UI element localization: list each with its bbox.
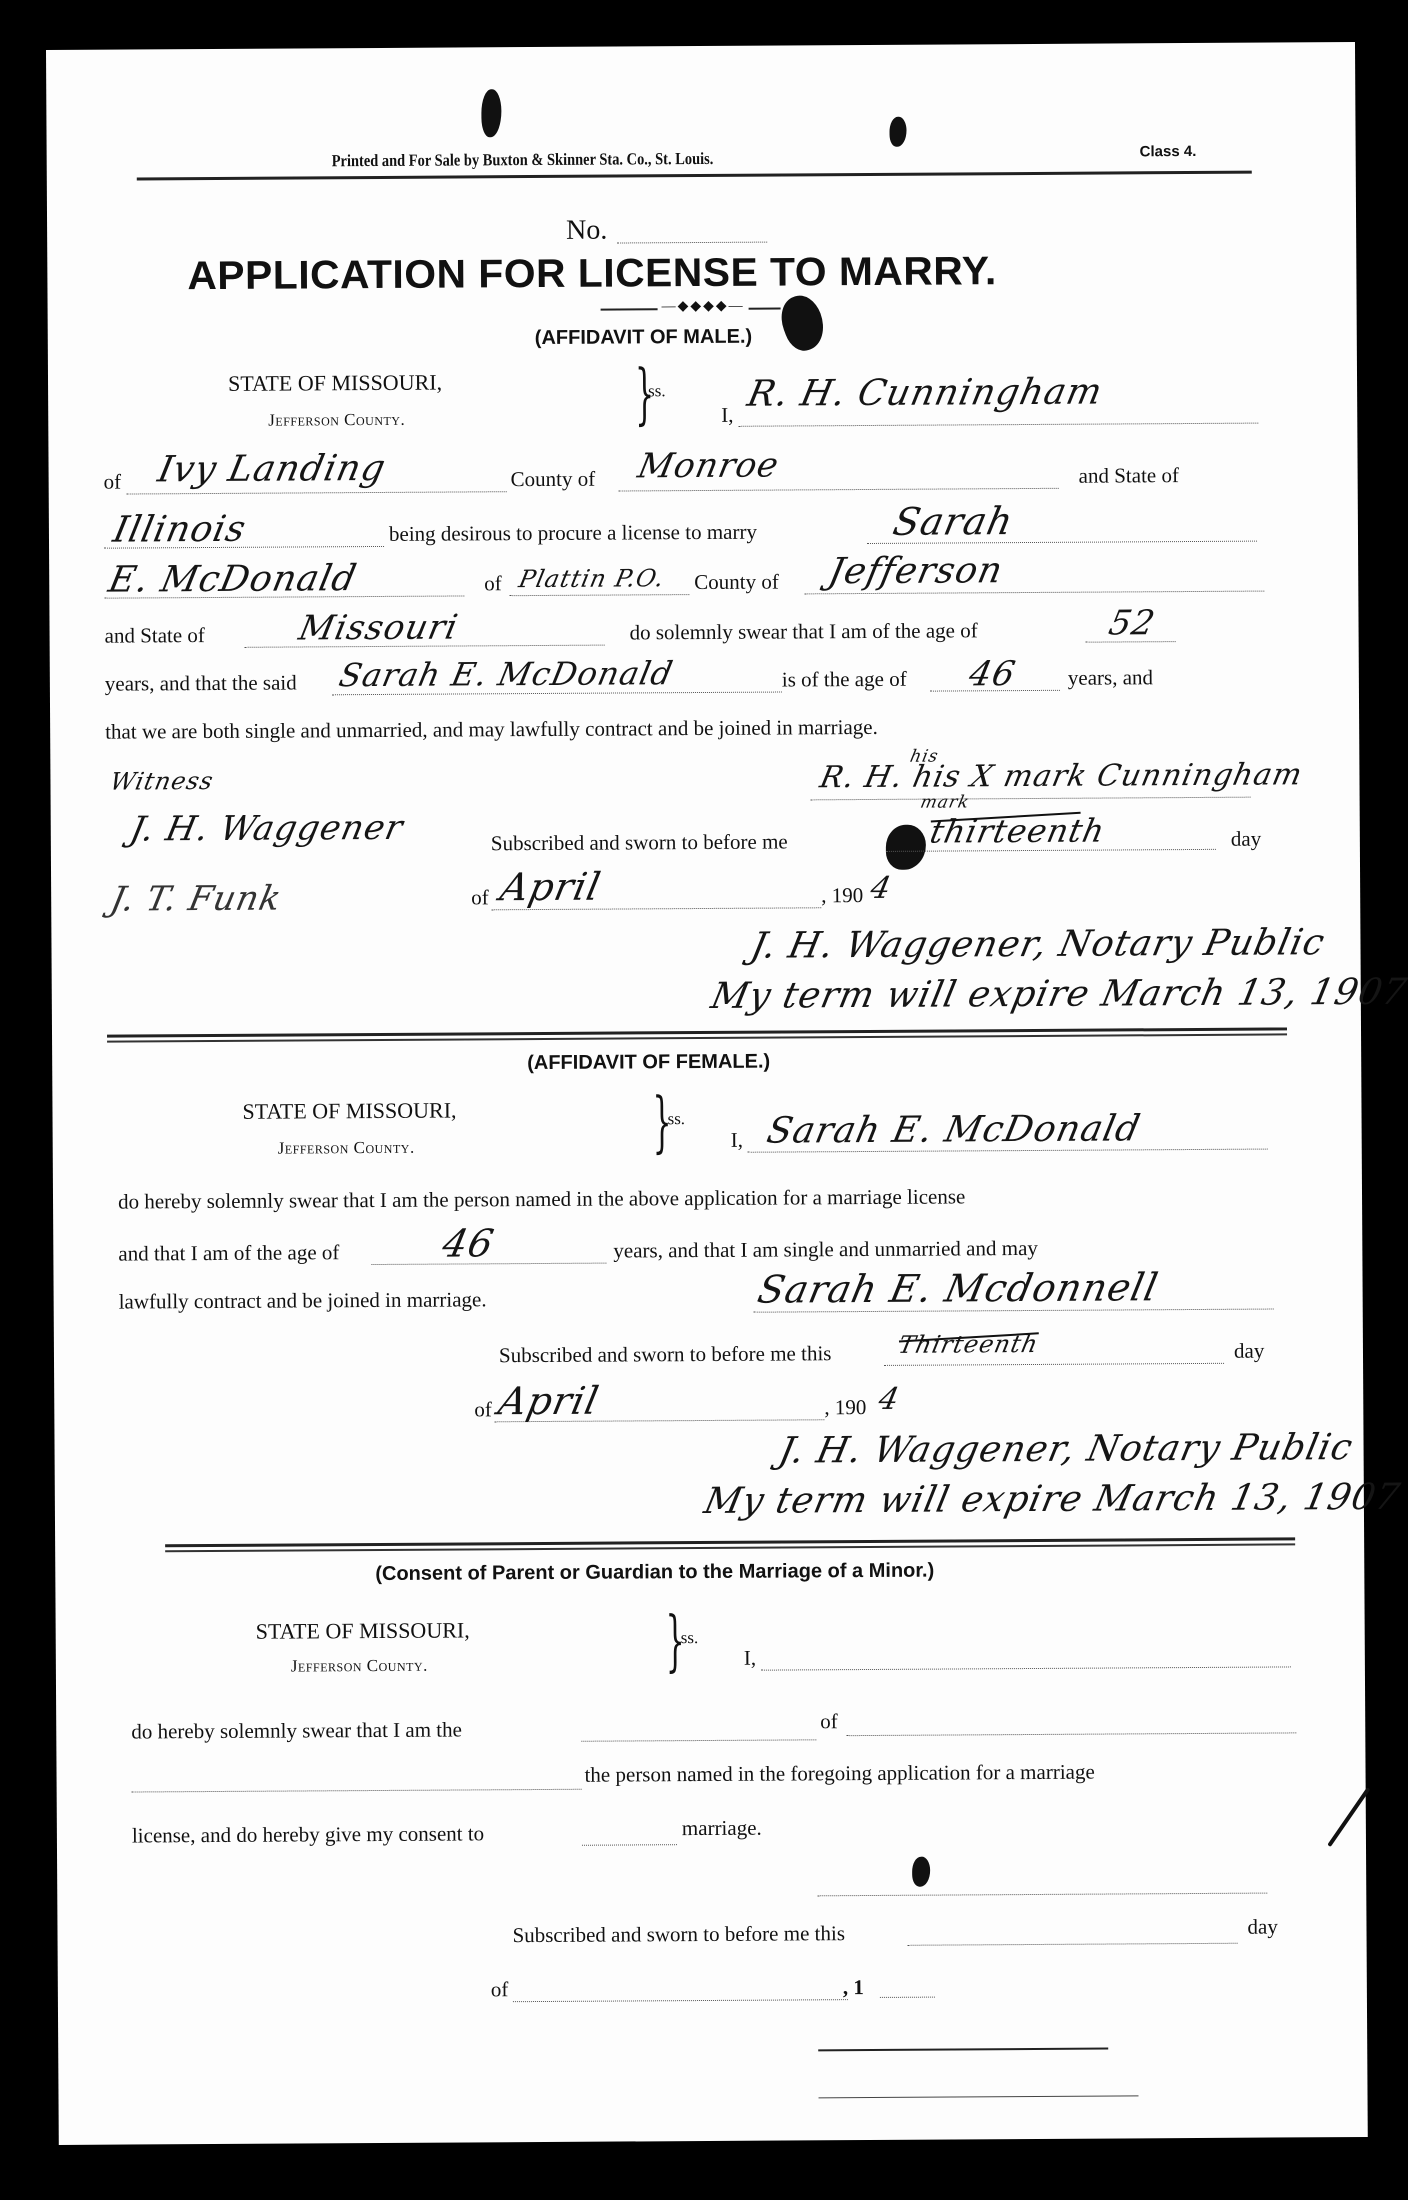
marriage-text: marriage. — [682, 1816, 762, 1841]
swear-text: do hereby solemnly swear that I am the — [131, 1717, 462, 1744]
bride-town-field[interactable] — [509, 594, 689, 596]
minor-field[interactable] — [846, 1732, 1296, 1736]
residence-town-value: Ivy Landing — [154, 448, 389, 490]
signature-mark-his: his — [908, 747, 940, 767]
male-affidavit-heading: (AFFIDAVIT OF MALE.) — [535, 326, 753, 350]
swear-age-text: do solemnly swear that I am of the age o… — [629, 618, 977, 645]
and-state-of-label-2: and State of — [105, 623, 205, 649]
bride-state-value: Missouri — [295, 607, 461, 648]
month-value: April — [497, 865, 605, 910]
day-field[interactable] — [908, 1943, 1238, 1946]
i-label: I, — [731, 1128, 743, 1153]
applicant-signature: Sarah E. Mcdonnell — [754, 1265, 1162, 1311]
header-rule — [137, 171, 1252, 181]
ink-blot — [912, 1857, 930, 1887]
ss-label: ss. — [648, 381, 666, 401]
ss-label: ss. — [681, 1628, 699, 1648]
parent-signature-field[interactable] — [817, 1893, 1267, 1897]
witness-label: Witness — [108, 767, 217, 796]
is-of-age-text: is of the age of — [782, 667, 907, 693]
bride-rest-value: E. McDonald — [105, 558, 360, 601]
relation-field[interactable] — [581, 1739, 816, 1741]
county-label: Jefferson County. — [268, 410, 405, 431]
ink-stroke — [1327, 1787, 1370, 1847]
years-and-text: years, and — [1068, 665, 1153, 691]
number-label: No. — [566, 215, 607, 247]
subscribed-text: Subscribed and sworn to before me this — [512, 1921, 845, 1948]
license-text: license, and do hereby give my consent t… — [132, 1821, 484, 1848]
notary-signature: J. H. Waggener, Notary Public — [747, 922, 1328, 967]
consent-name-field[interactable] — [761, 1666, 1291, 1670]
swear-text: do hereby solemnly swear that I am the p… — [118, 1184, 965, 1214]
bride-first-value: Sarah — [889, 499, 1017, 544]
subscribed-text: Subscribed and sworn to before me — [491, 829, 788, 856]
ink-blot — [774, 290, 831, 355]
of-month-label: of — [491, 1977, 509, 2002]
witness-2: J. T. Funk — [107, 879, 285, 920]
year-prefix: , 190 — [821, 883, 863, 908]
residence-county-field[interactable] — [619, 488, 1059, 492]
year-field[interactable] — [880, 1997, 935, 1998]
witness-1: J. H. Waggener — [127, 808, 407, 850]
residence-county-value: Monroe — [634, 446, 782, 487]
year-suffix: 4 — [876, 1382, 903, 1417]
state-label: STATE OF MISSOURI, — [242, 1098, 456, 1125]
license-application-page: Printed and For Sale by Buxton & Skinner… — [46, 42, 1368, 2145]
of-label: of — [820, 1709, 838, 1734]
signature-mark-mark: mark — [919, 792, 972, 812]
notary-term: My term will expire March 13, 1907 — [701, 1477, 1404, 1522]
ss-label: ss. — [667, 1109, 685, 1129]
and-state-of-label: and State of — [1079, 463, 1179, 489]
year-prefix: , 190 — [824, 1395, 866, 1420]
day-label: day — [1234, 1339, 1264, 1364]
subscribed-text: Subscribed and sworn to before me this — [499, 1341, 832, 1368]
ink-blot — [481, 89, 501, 137]
section-divider — [165, 1537, 1295, 1552]
state-label: STATE OF MISSOURI, — [228, 370, 442, 397]
female-affidavit-heading: (AFFIDAVIT OF FEMALE.) — [527, 1051, 770, 1075]
bride-age-value: 46 — [966, 654, 1020, 694]
of-label: of — [104, 470, 122, 495]
county-of-label-2: County of — [694, 570, 779, 596]
year-suffix: 4 — [868, 871, 895, 906]
bride-county-value: Jefferson — [825, 550, 1007, 592]
pronoun-field[interactable] — [582, 1844, 677, 1846]
year-prefix: , 1 — [843, 1975, 864, 2000]
of-month-label: of — [471, 885, 489, 910]
age-suffix: years, and that I am single and unmarrie… — [613, 1236, 1038, 1264]
applicant-signature: R. H. his X mark Cunningham — [817, 757, 1306, 795]
applicant-name-value: Sarah E. McDonald — [763, 1108, 1144, 1151]
county-label: Jefferson County. — [278, 1138, 415, 1159]
applicant-name-value: R. H. Cunningham — [744, 372, 1106, 415]
i-label: I, — [744, 1646, 756, 1671]
desirous-text: being desirous to procure a license to m… — [389, 520, 757, 547]
age-value: 46 — [439, 1221, 498, 1265]
county-of-label: County of — [511, 467, 596, 493]
notary-term: My term will expire March 13, 1907 — [708, 972, 1408, 1017]
minor-name-field[interactable] — [132, 1789, 582, 1793]
signature-line[interactable] — [818, 2048, 1108, 2052]
section-divider — [107, 1027, 1287, 1042]
class-label: Class 4. — [1140, 143, 1197, 160]
ink-blot — [886, 825, 926, 870]
bride-town-value: Plattin P.O. — [516, 564, 667, 593]
age-prefix: and that I am of the age of — [118, 1240, 339, 1266]
county-label: Jefferson County. — [291, 1656, 428, 1677]
of-month-label: of — [474, 1397, 492, 1422]
month-value: April — [495, 1379, 603, 1424]
ornament-diamonds: —◆◆◆◆— — [658, 298, 749, 316]
day-label: day — [1231, 827, 1261, 852]
lawfully-text: lawfully contract and be joined in marri… — [119, 1287, 487, 1314]
number-field[interactable] — [617, 242, 767, 244]
of-label-2: of — [484, 571, 502, 596]
day-field[interactable] — [884, 1363, 1224, 1366]
residence-state-value: Illinois — [110, 509, 250, 551]
day-label: day — [1247, 1915, 1277, 1940]
i-label: I, — [721, 403, 733, 428]
signature-line[interactable] — [819, 2095, 1139, 2098]
notary-signature: J. H. Waggener, Notary Public — [775, 1427, 1356, 1472]
applicant-age-value: 52 — [1105, 603, 1159, 643]
bride-full-name-value: Sarah E. McDonald — [336, 654, 677, 694]
consent-heading: (Consent of Parent or Guardian to the Ma… — [375, 1560, 934, 1586]
state-label: STATE OF MISSOURI, — [256, 1617, 470, 1644]
applicant-signature-field[interactable] — [811, 797, 1251, 801]
ink-blot — [889, 117, 906, 147]
month-field[interactable] — [513, 1999, 848, 2002]
named-text: the person named in the foregoing applic… — [584, 1760, 1094, 1788]
single-text: that we are both single and unmarried, a… — [105, 715, 878, 745]
years-said-text: years, and that the said — [105, 670, 297, 696]
printer-credit: Printed and For Sale by Buxton & Skinner… — [332, 149, 714, 171]
applicant-name-field[interactable] — [738, 423, 1258, 427]
residence-town-field[interactable] — [127, 491, 507, 494]
document-title: APPLICATION FOR LICENSE TO MARRY. — [187, 249, 997, 299]
